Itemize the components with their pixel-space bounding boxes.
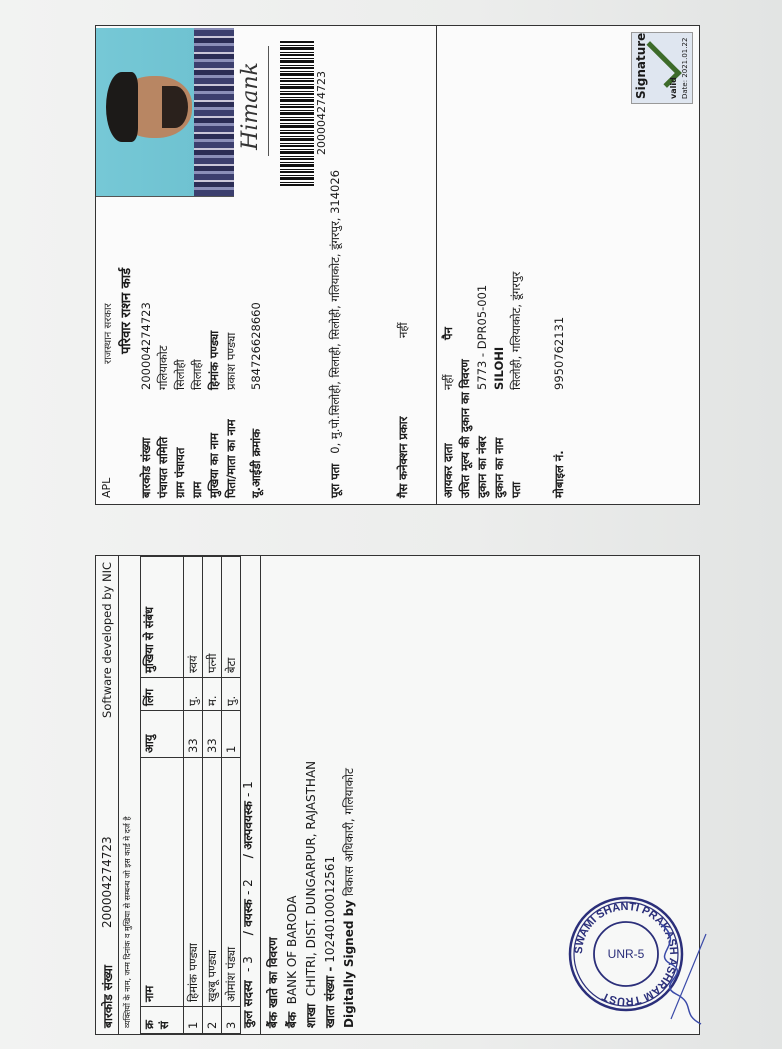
income-tax-payer: आयकर दाता नहीं पैन xyxy=(440,168,457,498)
barcode-number: 200004274723 xyxy=(100,778,114,928)
back-header: बारकोड संख्या 200004274723 Software deve… xyxy=(96,556,119,1034)
field-uid: यू.आईडी क्रमांक584726628660 xyxy=(248,198,265,498)
bank-account: खाता संख्या - 10240100012561 xyxy=(321,761,340,1028)
card-category: APL xyxy=(100,478,113,498)
table-row: 2खुश्बू पण्ड्या33म.पत्नी xyxy=(203,557,222,1034)
bank-details: बैंक खाते का विवरण बैंक BANK OF BARODA श… xyxy=(264,761,359,1028)
barcode-number: 200004274723 xyxy=(315,40,328,186)
government-name: राजस्थान सरकार xyxy=(100,303,114,364)
ration-card-front: APL राजस्थान सरकार परिवार राशन कार्ड Him… xyxy=(95,25,700,505)
ration-card-back: बारकोड संख्या 200004274723 Software deve… xyxy=(95,555,700,1035)
card-title: परिवार राशन कार्ड xyxy=(116,268,134,354)
barcode-icon xyxy=(280,40,314,186)
gas-connection: गैस कनेक्शन प्रकारनहीं xyxy=(396,323,411,498)
digital-signature-box: Signature valid Date: 2021.01.22 xyxy=(631,32,693,104)
shop-section-title: उचित मूल्य की दुकान का विवरण xyxy=(457,359,474,498)
field-barcode: बारकोड संख्या200004274723 xyxy=(138,198,155,498)
shop-number: दुकान का नंबर5773 - DPR05-001 xyxy=(474,168,491,498)
field-gram-panchayat: ग्राम पंचायतसिलोही xyxy=(172,198,189,498)
holder-photo xyxy=(96,28,234,197)
full-address: पूरा पता0, मु.पो.सिलोही, सिलाही, सिलोही,… xyxy=(328,170,343,498)
holder-signature: Himank xyxy=(238,36,268,176)
software-credit: Software developed by NIC xyxy=(100,562,114,718)
bank-name: बैंक BANK OF BARODA xyxy=(283,761,302,1028)
members-table: क्र सं नाम आयु लिंग मुखिया से संबंध 1हिम… xyxy=(140,556,241,1034)
field-head-name: मुखिया का नामहिमांक पण्ड्या xyxy=(206,198,223,498)
shop-name: दुकान का नामSILOHI xyxy=(491,168,508,498)
bank-branch: शाखा CHITRI, DIST. DUNGARPUR, RAJASTHAN xyxy=(302,761,321,1028)
members-note: व्यक्तियों के नाम, जन्म दिनांक व मुखिया … xyxy=(122,816,133,1028)
digital-signed-by: Digitally Signed by विकास अधिकारी, गलिया… xyxy=(340,761,359,1028)
divider xyxy=(260,556,261,1034)
table-row: 1हिमांक पण्ड्या33पु.स्वयं xyxy=(184,557,203,1034)
field-parent-name: पिता/माता का नामप्रकाश पण्ड्या xyxy=(223,198,240,498)
shop-details: आयकर दाता नहीं पैन उचित मूल्य की दुकान क… xyxy=(440,168,568,498)
member-summary: कुल सदस्य - 3 / वयस्क - 2 / अल्पवयस्क - … xyxy=(239,781,256,1028)
card-fields: बारकोड संख्या200004274723 पंचायत समितिगल… xyxy=(138,198,265,498)
field-village: ग्रामसिलाही xyxy=(189,198,206,498)
signature-underline xyxy=(268,46,269,156)
shop-address: पतासिलोही, गलियाकोट, डूंगरपुर xyxy=(508,168,525,498)
handwritten-signature-icon xyxy=(651,914,711,1034)
field-panchayat-samiti: पंचायत समितिगलियाकोट xyxy=(155,198,172,498)
divider xyxy=(436,26,437,504)
table-row: 3ओमांश पंड्या1पु.बेटा xyxy=(222,557,241,1034)
svg-text:UNR-5: UNR-5 xyxy=(608,947,645,961)
mobile-number: मोबाइल नं.9950762131 xyxy=(551,168,568,498)
